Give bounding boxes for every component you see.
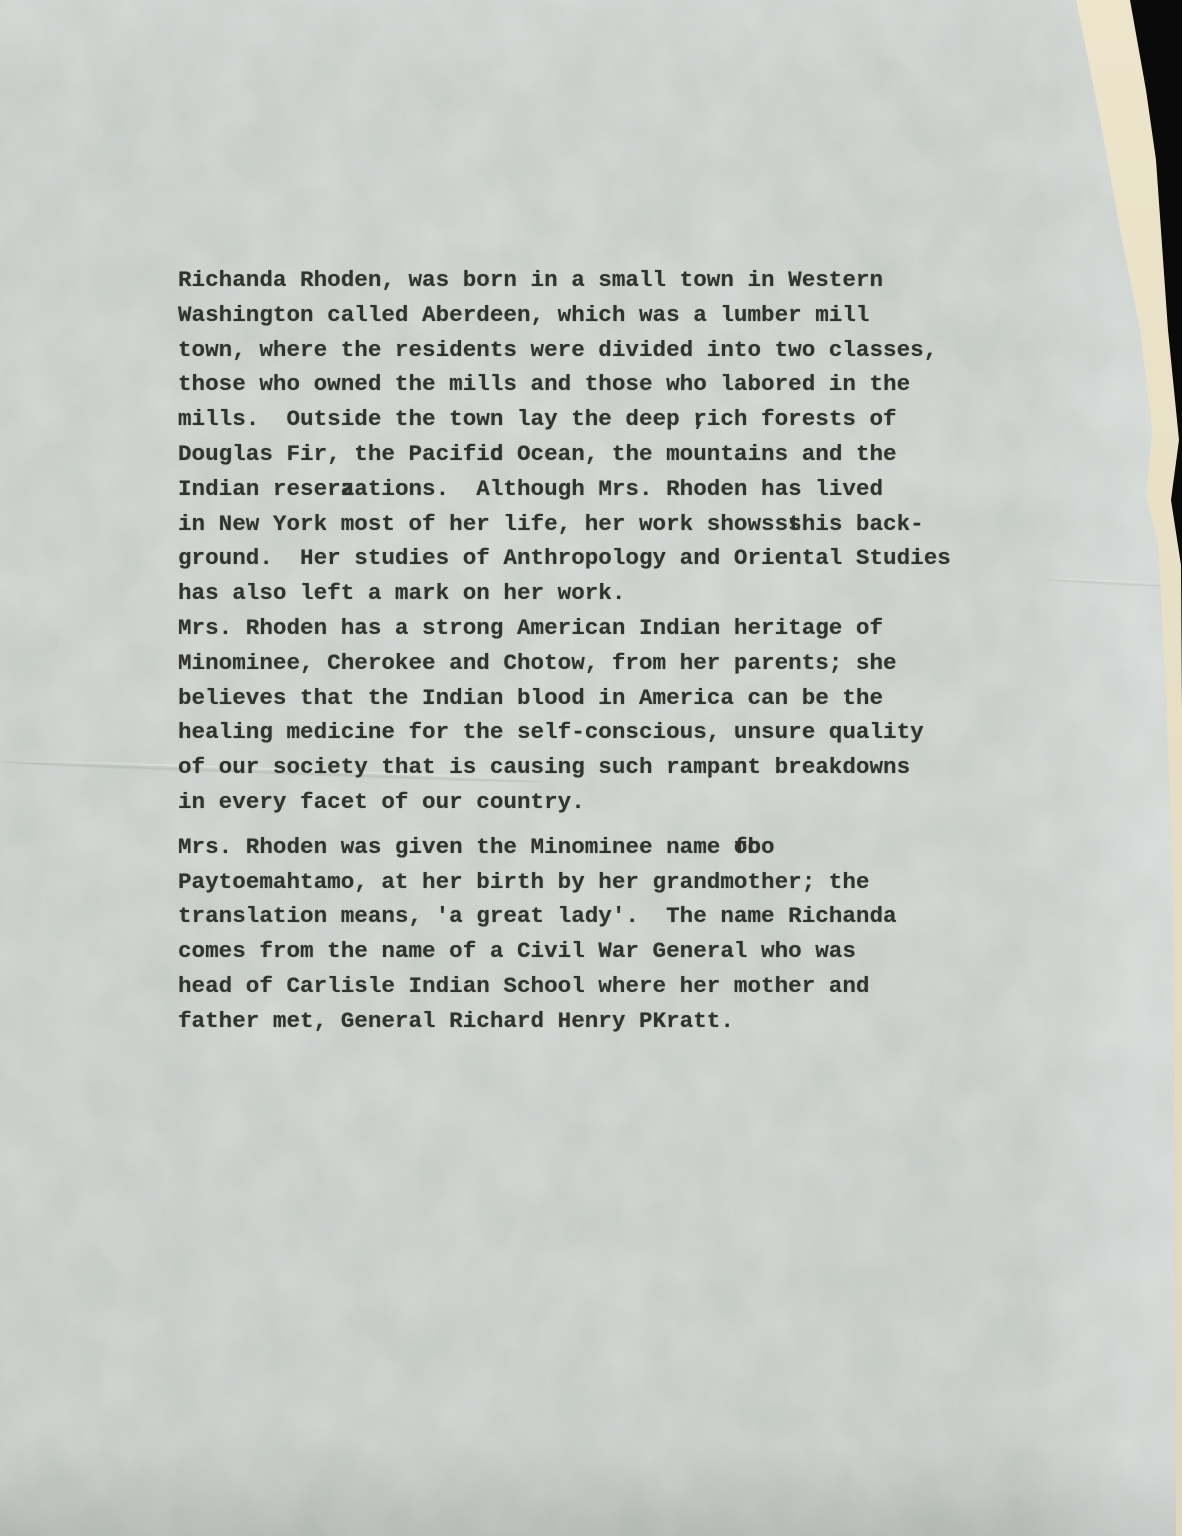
text-segment: head of Carlisle Indian School where her…: [178, 973, 869, 999]
text-line: Indian reserazations. Although Mrs. Rhod…: [178, 472, 951, 507]
text-line: of our society that is causing such ramp…: [178, 750, 951, 785]
overstrike-characters: ts: [788, 507, 802, 542]
text-line: town, where the residents were divided i…: [178, 333, 951, 368]
overstrike-characters: ob: [747, 830, 761, 865]
text-line: in New York most of her life, her work s…: [178, 507, 951, 542]
text-segment: o: [761, 834, 775, 860]
text-segment: comes from the name of a Civil War Gener…: [178, 938, 856, 964]
text-line: in every facet of our country.: [178, 785, 951, 820]
text-segment: Paytoemahtamo, at her birth by her grand…: [178, 869, 869, 895]
text-line: father met, General Richard Henry PKratt…: [178, 1004, 951, 1039]
text-line: Richanda Rhoden, was born in a small tow…: [178, 263, 951, 298]
overstrike-characters: dc: [490, 437, 504, 472]
text-segment: town, where the residents were divided i…: [178, 337, 937, 363]
text-line: Mrs. Rhoden has a strong American Indian…: [178, 611, 951, 646]
photo-background: Richanda Rhoden, was born in a small tow…: [0, 0, 1182, 1536]
paper-sheet: Richanda Rhoden, was born in a small tow…: [0, 0, 1182, 1536]
typewritten-text: Richanda Rhoden, was born in a small tow…: [178, 263, 951, 1039]
text-line: comes from the name of a Civil War Gener…: [178, 934, 951, 969]
text-segment: believes that the Indian blood in Americ…: [178, 685, 883, 711]
overstrike-characters: az: [341, 472, 355, 507]
text-line: Minominee, Cherokee and Chotow, from her…: [178, 646, 951, 681]
text-line: mills. Outside the town lay the deep r,i…: [178, 402, 951, 437]
text-segment: ground. Her studies of Anthropology and …: [178, 545, 951, 571]
text-segment: Washington called Aberdeen, which was a …: [178, 302, 869, 328]
text-segment: mills. Outside the town lay the deep: [178, 406, 693, 432]
text-line: translation means, 'a great lady'. The n…: [178, 899, 951, 934]
text-segment: Minominee, Cherokee and Chotow, from her…: [178, 650, 897, 676]
text-segment: translation means, 'a great lady'. The n…: [178, 903, 897, 929]
text-segment: those who owned the mills and those who …: [178, 371, 910, 397]
text-line: ground. Her studies of Anthropology and …: [178, 541, 951, 576]
text-segment: healing medicine for the self-conscious,…: [178, 719, 924, 745]
paragraph: Richanda Rhoden, was born in a small tow…: [178, 263, 951, 820]
overstrike-characters: of: [734, 830, 748, 865]
text-line: healing medicine for the self-conscious,…: [178, 715, 951, 750]
text-segment: Douglas Fir, the Pacifi: [178, 441, 490, 467]
text-segment: Mrs. Rhoden has a strong American Indian…: [178, 615, 883, 641]
paragraph: Mrs. Rhoden was given the Minominee name…: [178, 830, 951, 1039]
text-line: head of Carlisle Indian School where her…: [178, 969, 951, 1004]
text-segment: in New York most of her life, her work s…: [178, 511, 788, 537]
text-segment: Ocean, the mountains and the: [503, 441, 896, 467]
text-line: those who owned the mills and those who …: [178, 367, 951, 402]
text-line: Mrs. Rhoden was given the Minominee name…: [178, 830, 951, 865]
text-segment: Mrs. Rhoden was given the Minominee name: [178, 834, 734, 860]
text-segment: ich forests of: [707, 406, 897, 432]
text-line: Washington called Aberdeen, which was a …: [178, 298, 951, 333]
text-segment: of our society that is causing such ramp…: [178, 754, 910, 780]
text-line: believes that the Indian blood in Americ…: [178, 681, 951, 716]
text-segment: Indian reser: [178, 476, 341, 502]
text-line: has also left a mark on her work.: [178, 576, 951, 611]
text-segment: Richanda Rhoden, was born in a small tow…: [178, 267, 883, 293]
text-segment: has also left a mark on her work.: [178, 580, 625, 606]
text-segment: his back-: [802, 511, 924, 537]
text-line: Douglas Fir, the Pacifidc Ocean, the mou…: [178, 437, 951, 472]
text-segment: ations. Although Mrs. Rhoden has lived: [354, 476, 883, 502]
text-line: Paytoemahtamo, at her birth by her grand…: [178, 865, 951, 900]
text-segment: father met, General Richard Henry PKratt…: [178, 1008, 734, 1034]
overstrike-characters: r,: [693, 402, 707, 437]
text-segment: in every facet of our country.: [178, 789, 585, 815]
